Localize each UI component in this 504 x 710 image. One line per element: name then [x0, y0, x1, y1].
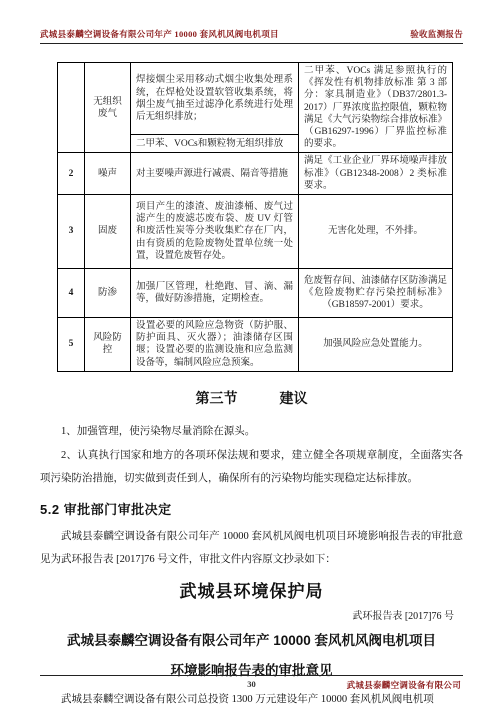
section3-title: 建议 [280, 390, 308, 406]
cell-row-number: 2 [58, 153, 85, 195]
suggestion-paragraph-1: 1、加强管理，使污染物尽量消除在源头。 [40, 420, 463, 443]
bureau-title: 武城县环境保护局 [40, 577, 463, 602]
cell-row-number: 3 [58, 195, 85, 269]
header-project-title: 武城县泰麟空调设备有限公司年产 10000 套风机风阀电机项目 [40, 28, 279, 40]
table-row-solid-waste: 3 固废 项目产生的漆渣、废油漆桶、废气过滤产生的废滤芯废布袋、废 UV 灯管和… [58, 195, 453, 269]
approval-title-line1: 武城县泰麟空调设备有限公司年产 10000 套风机风阀电机项目 [40, 630, 463, 652]
section3-heading: 第三节建议 [40, 388, 463, 408]
cell-measure: 项目产生的漆渣、废油漆桶、废气过滤产生的废滤芯废布袋、废 UV 灯管和废活性炭等… [131, 195, 299, 269]
cell-measure-main: 焊接烟尘采用移动式烟尘收集处理系统，在焊枪处设置软管收集系统，将烟尘废气抽至过滤… [131, 63, 299, 135]
footer-company-name: 武城县泰麟空调设备有限公司 [347, 679, 461, 691]
cell-standard: 满足《工业企业厂界环境噪声排放标准》（GB12348-2008）2 类标准要求。 [299, 153, 453, 195]
table-row-risk-control: 5 风险防控 设置必要的风险应急物资（防护服、防护面具、灭火器）；油漆储存区围堰… [58, 318, 453, 372]
cell-category: 防渗 [85, 269, 131, 318]
page-footer: 30 武城县泰麟空调设备有限公司 [40, 675, 463, 693]
cell-measure-sub: 二甲苯、VOCs和颗粒物无组织排放 [131, 135, 299, 153]
suggestion-paragraph-2: 2、认真执行国家和地方的各项环保法规和要求，建立健全各项规章制度，全面落实各项污… [40, 444, 463, 490]
cell-measure: 加强厂区管理，杜绝跑、冒、滴、漏等，做好防渗措施，定期检查。 [131, 269, 299, 318]
page-header: 武城县泰麟空调设备有限公司年产 10000 套风机风阀电机项目 验收监测报告 [40, 0, 463, 44]
cell-measure: 设置必要的风险应急物资（防护服、防护面具、灭火器）；油漆储存区围堰；设置必要的监… [131, 318, 299, 372]
approval-intro-paragraph: 武城县泰麟空调设备有限公司年产 10000 套风机风阀电机项目环境影响报告表的审… [40, 525, 463, 571]
cell-category: 风险防控 [85, 318, 131, 372]
section3-label: 第三节 [196, 390, 238, 406]
header-report-label: 验收监测报告 [410, 28, 463, 40]
cell-category: 固废 [85, 195, 131, 269]
cell-standard: 加强风险应急处置能力。 [299, 318, 453, 372]
table-row-seepage: 4 防渗 加强厂区管理，杜绝跑、冒、滴、漏等，做好防渗措施，定期检查。 危废暂存… [58, 269, 453, 318]
cell-row-number: 5 [58, 318, 85, 372]
document-number: 武环报告表 [2017]76 号 [40, 607, 454, 622]
section52-heading: 5.2 审批部门审批决定 [40, 499, 463, 518]
cell-category: 噪声 [85, 153, 131, 195]
cell-measure: 对主要噪声源进行减震、隔音等措施 [131, 153, 299, 195]
cell-category: 无组织废气 [85, 63, 131, 153]
document-page: 武城县泰麟空调设备有限公司年产 10000 套风机风阀电机项目 验收监测报告 无… [0, 0, 504, 710]
cell-standard: 危废暂存间、油漆储存区防渗满足《危险废物贮存污染控制标准》（GB18597-20… [299, 269, 453, 318]
table-row-unorganized-gas: 无组织废气 焊接烟尘采用移动式烟尘收集处理系统，在焊枪处设置软管收集系统，将烟尘… [58, 63, 453, 135]
cell-row-number [58, 63, 85, 153]
cell-standard: 二甲苯、VOCs 满足参照执行的《挥发性有机物排放标准 第 3 部分：家具制造业… [299, 63, 453, 153]
cell-standard: 无害化处理，不外排。 [299, 195, 453, 269]
measures-table: 无组织废气 焊接烟尘采用移动式烟尘收集处理系统，在焊枪处设置软管收集系统，将烟尘… [57, 62, 453, 372]
cell-row-number: 4 [58, 269, 85, 318]
table-row-noise: 2 噪声 对主要噪声源进行减震、隔音等措施 满足《工业企业厂界环境噪声排放标准》… [58, 153, 453, 195]
